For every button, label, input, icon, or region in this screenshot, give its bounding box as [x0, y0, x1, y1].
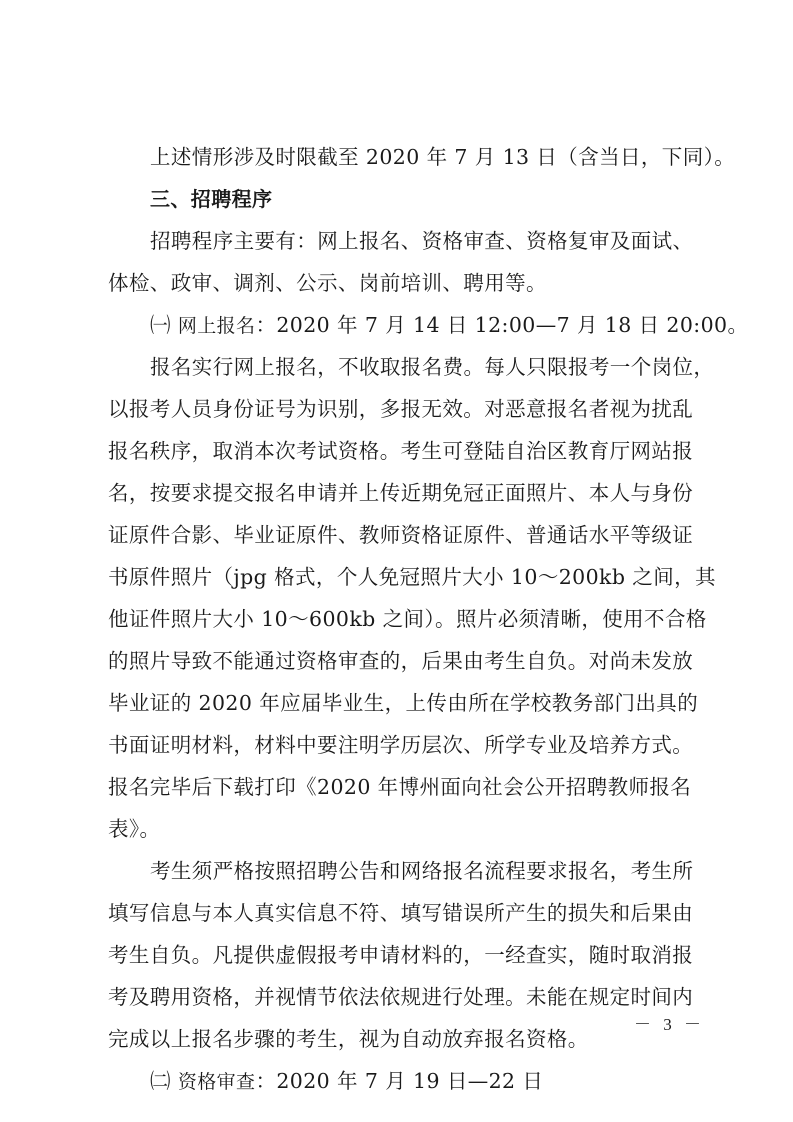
subsection-marker: ㈡ — [150, 1069, 171, 1093]
paragraph-line: 报名实行网上报名，不收取报名费。每人只限报考一个岗位， — [108, 346, 688, 388]
subsection-online-registration: ㈠ 网上报名：2020 年 7 月 14 日 12:00—7 月 18 日 20… — [108, 304, 688, 346]
line-text: 报名秩序，取消本次考试资格。考生可登陆自治区教育厅网站报 — [108, 439, 693, 463]
subsection-qualification-review: ㈡ 资格审查：2020 年 7 月 19 日—22 日 — [108, 1060, 688, 1102]
paragraph-line: 考生自负。凡提供虚假报考申请材料的，一经查实，随时取消报 — [108, 934, 688, 976]
subsection-dates: ：2020 年 7 月 14 日 12:00—7 月 18 日 20:00。 — [255, 313, 748, 337]
paragraph-line: 上述情形涉及时限截至 2020 年 7 月 13 日（含当日，下同）。 — [108, 136, 688, 178]
paragraph-line: 表》。 — [108, 808, 688, 850]
paragraph-line: 他证件照片大小 10～600kb 之间）。照片必须清晰，使用不合格 — [108, 598, 688, 640]
line-text: 完成以上报名步骤的考生，视为自动放弃报名资格。 — [108, 1027, 589, 1051]
line-text: 证原件合影、毕业证原件、教师资格证原件、普通话水平等级证 — [108, 523, 693, 547]
paragraph-line: 书原件照片（jpg 格式，个人免冠照片大小 10～200kb 之间，其 — [108, 556, 688, 598]
paragraph-line: 毕业证的 2020 年应届毕业生，上传由所在学校教务部门出具的 — [108, 682, 688, 724]
page-number: － 3 － — [634, 1010, 705, 1035]
paragraph-line: 证原件合影、毕业证原件、教师资格证原件、普通话水平等级证 — [108, 514, 688, 556]
paragraph-line: 以报考人员身份证号为识别，多报无效。对恶意报名者视为扰乱 — [108, 388, 688, 430]
line-text: 毕业证的 2020 年应届毕业生，上传由所在学校教务部门出具的 — [108, 691, 698, 715]
document-body: 上述情形涉及时限截至 2020 年 7 月 13 日（含当日，下同）。 三、招聘… — [108, 136, 688, 1102]
subsection-dates: ：2020 年 7 月 19 日—22 日 — [255, 1069, 543, 1093]
line-text: 招聘程序主要有：网上报名、资格审查、资格复审及面试、 — [150, 229, 693, 253]
paragraph-line: 体检、政审、调剂、公示、岗前培训、聘用等。 — [108, 262, 688, 304]
paragraph-line: 报名完毕后下载打印《2020 年博州面向社会公开招聘教师报名 — [108, 766, 688, 808]
line-text: 上述情形涉及时限截至 2020 年 7 月 13 日（含当日，下同）。 — [150, 145, 735, 169]
paragraph-line: 报名秩序，取消本次考试资格。考生可登陆自治区教育厅网站报 — [108, 430, 688, 472]
line-text: 体检、政审、调剂、公示、岗前培训、聘用等。 — [108, 271, 547, 295]
line-text: 报名完毕后下载打印《2020 年博州面向社会公开招聘教师报名 — [108, 775, 691, 799]
paragraph-line: 考及聘用资格，并视情节依法依规进行处理。未能在规定时间内 — [108, 976, 688, 1018]
paragraph-line: 招聘程序主要有：网上报名、资格审查、资格复审及面试、 — [108, 220, 688, 262]
section-heading-recruitment-procedure: 三、招聘程序 — [108, 178, 688, 220]
line-text: 考及聘用资格，并视情节依法依规进行处理。未能在规定时间内 — [108, 985, 693, 1009]
paragraph-line: 的照片导致不能通过资格审查的，后果由考生自负。对尚未发放 — [108, 640, 688, 682]
line-text: 考生自负。凡提供虚假报考申请材料的，一经查实，随时取消报 — [108, 943, 693, 967]
line-text: 报名实行网上报名，不收取报名费。每人只限报考一个岗位， — [150, 355, 714, 379]
paragraph-line: 考生须严格按照招聘公告和网络报名流程要求报名，考生所 — [108, 850, 688, 892]
line-text: 以报考人员身份证号为识别，多报无效。对恶意报名者视为扰乱 — [108, 397, 693, 421]
document-page: 上述情形涉及时限截至 2020 年 7 月 13 日（含当日，下同）。 三、招聘… — [0, 0, 793, 1122]
subsection-label: 网上报名 — [178, 315, 256, 337]
paragraph-line: 书面证明材料，材料中要注明学历层次、所学专业及培养方式。 — [108, 724, 688, 766]
line-text: 的照片导致不能通过资格审查的，后果由考生自负。对尚未发放 — [108, 649, 693, 673]
subsection-label: 资格审查 — [178, 1071, 256, 1093]
heading-text: 三、招聘程序 — [150, 187, 272, 211]
line-text: 名，按要求提交报名申请并上传近期免冠正面照片、本人与身份 — [108, 481, 693, 505]
line-text: 表》。 — [108, 817, 160, 841]
paragraph-line: 完成以上报名步骤的考生，视为自动放弃报名资格。 — [108, 1018, 688, 1060]
line-text: 填写信息与本人真实信息不符、填写错误所产生的损失和后果由 — [108, 901, 693, 925]
line-text: 他证件照片大小 10～600kb 之间）。照片必须清晰，使用不合格 — [108, 607, 707, 631]
subsection-marker: ㈠ — [150, 313, 171, 337]
line-text: 考生须严格按照招聘公告和网络报名流程要求报名，考生所 — [150, 859, 693, 883]
paragraph-line: 填写信息与本人真实信息不符、填写错误所产生的损失和后果由 — [108, 892, 688, 934]
line-text: 书面证明材料，材料中要注明学历层次、所学专业及培养方式。 — [108, 733, 693, 757]
paragraph-line: 名，按要求提交报名申请并上传近期免冠正面照片、本人与身份 — [108, 472, 688, 514]
line-text: 书原件照片（jpg 格式，个人免冠照片大小 10～200kb 之间，其 — [108, 565, 716, 589]
